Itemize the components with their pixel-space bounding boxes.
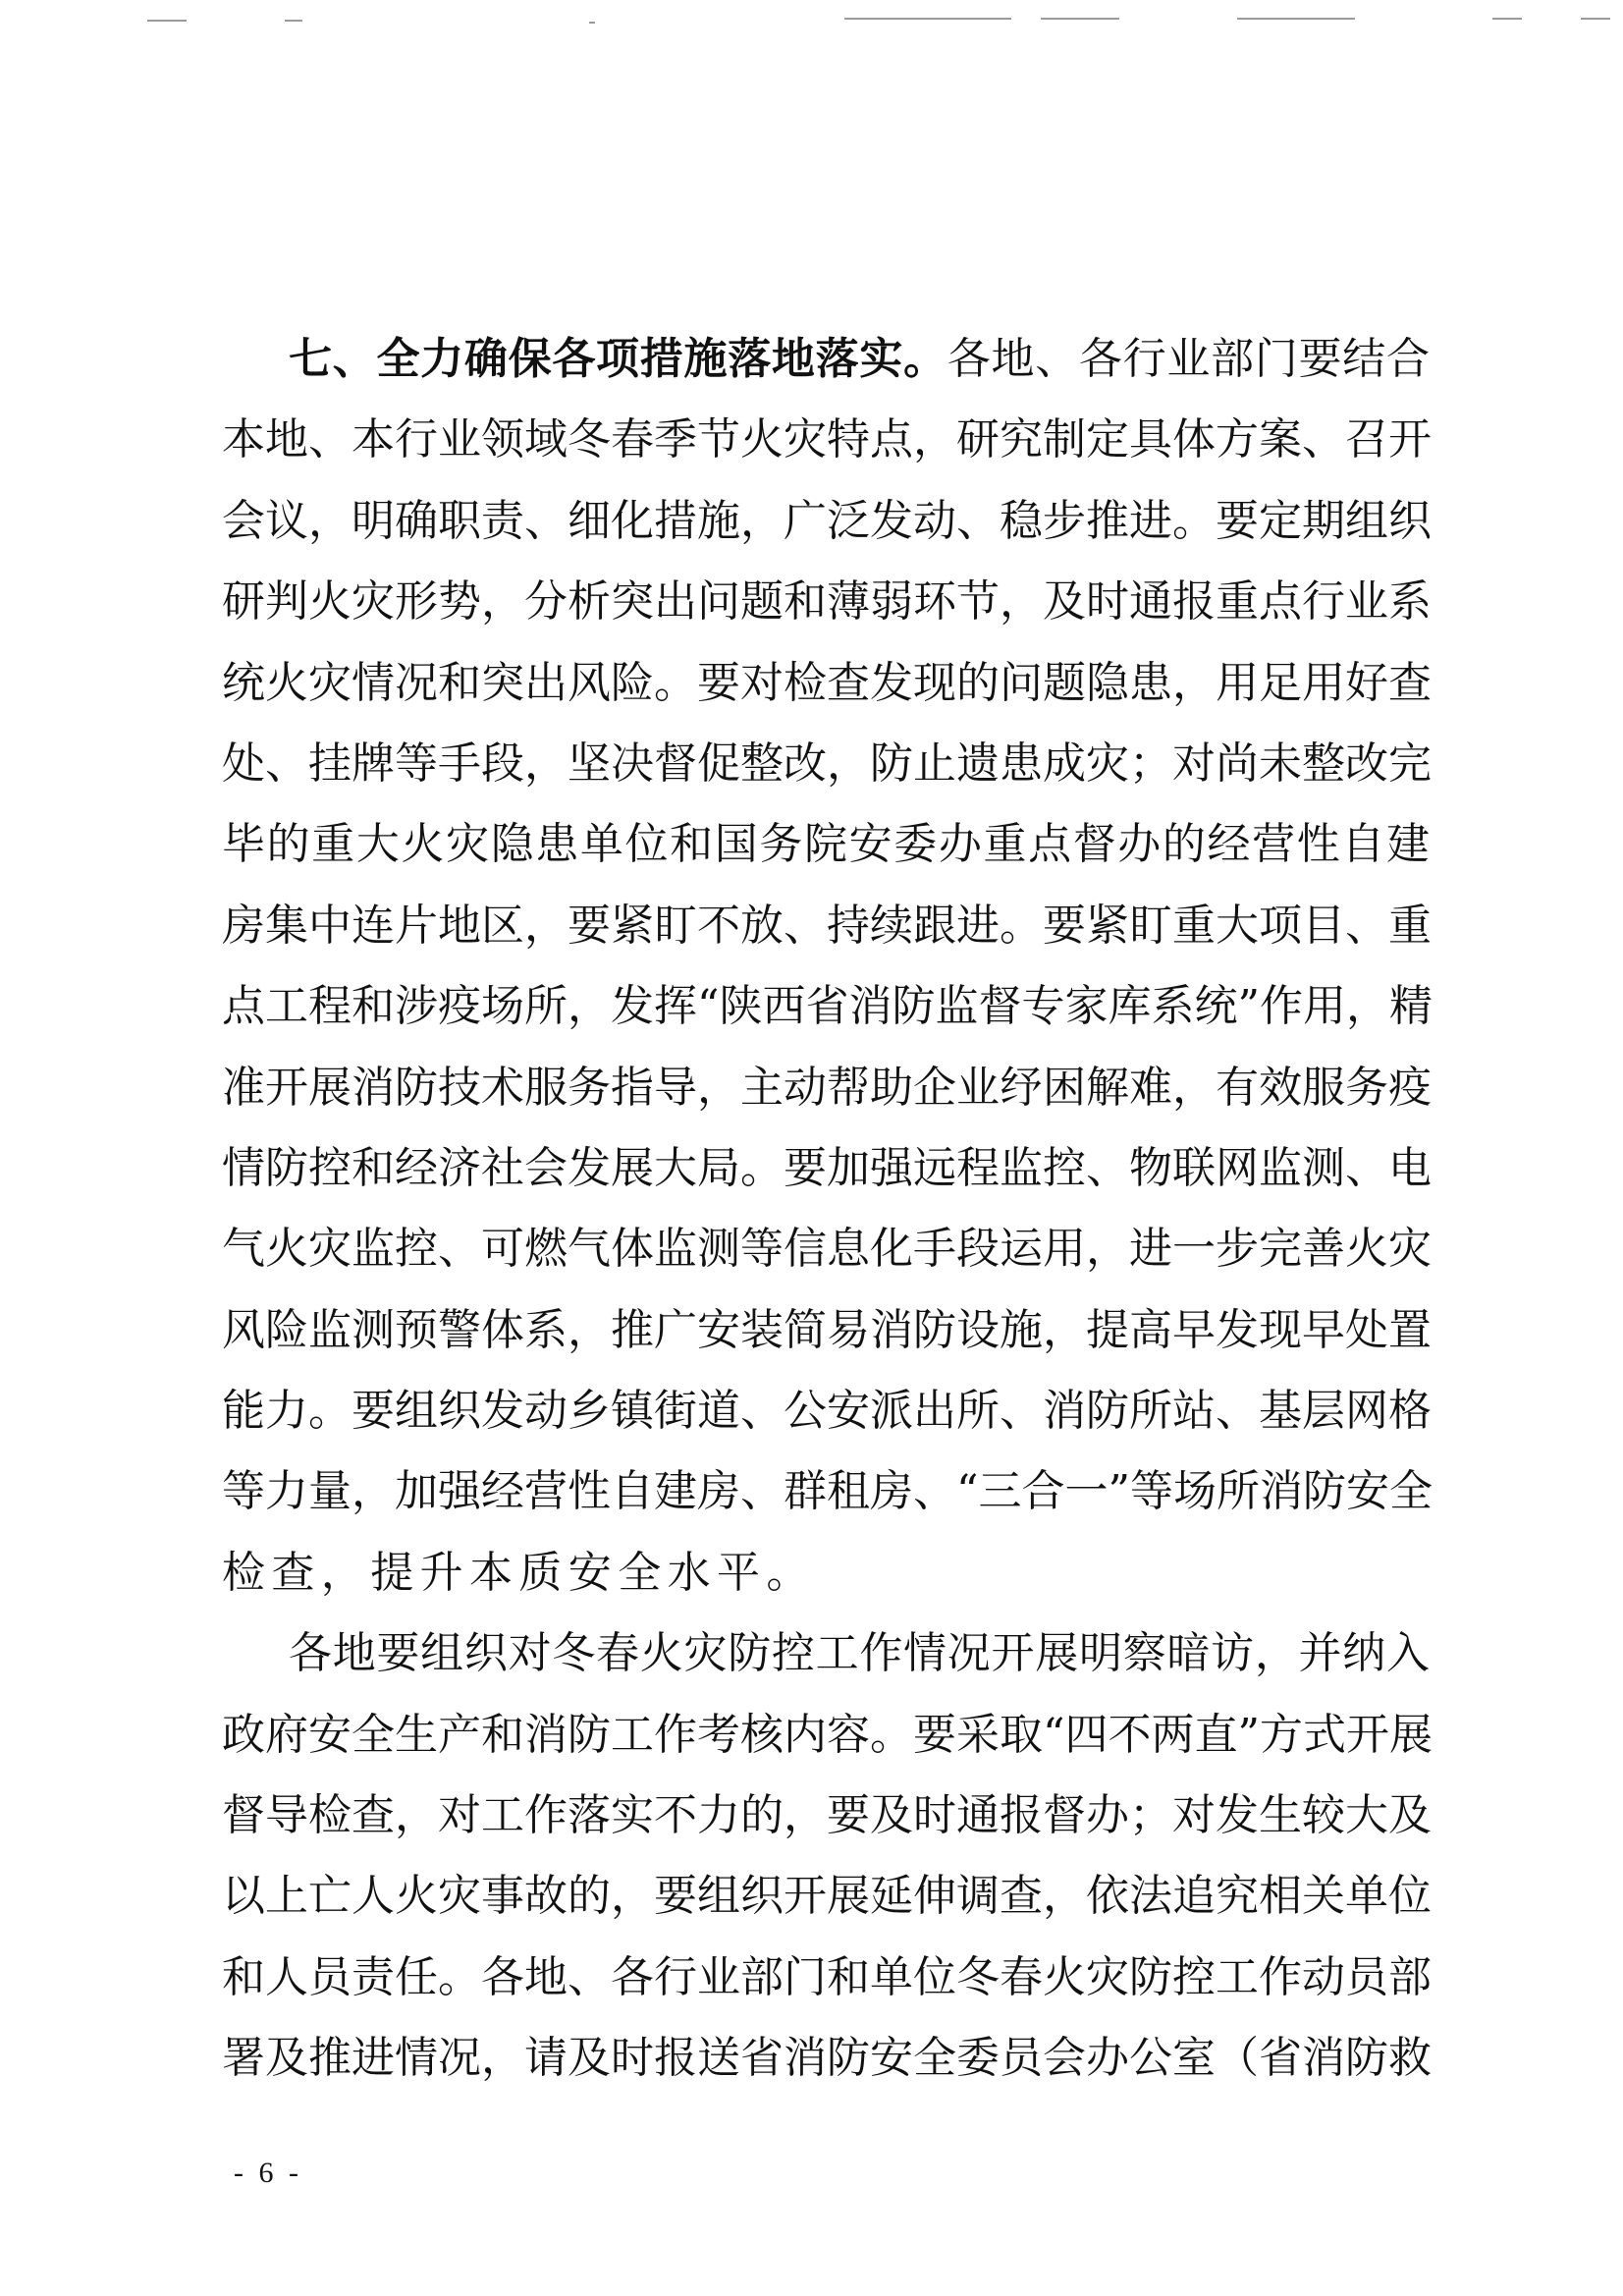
text-line: 和人员责任。各地、各行业部门和单位冬春火灾防控工作动员部 [222, 1938, 1430, 2018]
text-line: 处、挂牌等手段，坚决督促整改，防止遗患成灾；对尚未整改完 [222, 724, 1430, 804]
text-line: 统火灾情况和突出风险。要对检查发现的问题隐患，用足用好查 [222, 643, 1430, 724]
text-line: 准开展消防技术服务指导，主动帮助企业纾困解难，有效服务疫 [222, 1048, 1430, 1128]
section-heading: 七、全力确保各项措施落地落实。 [289, 334, 947, 384]
text-line: 署及推进情况，请及时报送省消防安全委员会办公室（省消防救 [222, 2018, 1430, 2099]
text-line: 风险监测预警体系，推广安装简易消防设施，提高早发现早处置 [222, 1290, 1430, 1371]
document-page: 七、全力确保各项措施落地落实。各地、各行业部门要结合 本地、本行业领域冬春季节火… [0, 0, 1623, 2296]
text-line: 等力量，加强经营性自建房、群租房、“三合一”等场所消防安全 [222, 1451, 1430, 1532]
text-line: 能力。要组织发动乡镇街道、公安派出所、消防所站、基层网格 [222, 1371, 1430, 1451]
text-line: 点工程和涉疫场所，发挥“陕西省消防监督专家库系统”作用，精 [222, 966, 1430, 1047]
text-line: 督导检查，对工作落实不力的，要及时通报督办；对发生较大及 [222, 1776, 1430, 1856]
text-line: 以上亡人火灾事故的，要组织开展延伸调查，依法追究相关单位 [222, 1856, 1430, 1937]
scan-noise-artifact [0, 20, 1623, 31]
text-line: 七、全力确保各项措施落地落实。各地、各行业部门要结合 [222, 319, 1430, 400]
paragraph-inspection: 各地要组织对冬春火灾防控工作情况开展明察暗访，并纳入 政府安全生产和消防工作考核… [222, 1613, 1430, 2099]
text-run: 各地、各行业部门要结合 [947, 334, 1430, 384]
text-line: 会议，明确职责、细化措施，广泛发动、稳步推进。要定期组织 [222, 481, 1430, 562]
text-line: 检查，提升本质安全水平。 [222, 1533, 1430, 1613]
text-line: 毕的重大火灾隐患单位和国务院安委办重点督办的经营性自建 [222, 804, 1430, 885]
text-line: 各地要组织对冬春火灾防控工作情况开展明察暗访，并纳入 [222, 1613, 1430, 1694]
text-line: 气火灾监控、可燃气体监测等信息化手段运用，进一步完善火灾 [222, 1209, 1430, 1289]
text-line: 研判火灾形势，分析突出问题和薄弱环节，及时通报重点行业系 [222, 562, 1430, 642]
text-line: 本地、本行业领域冬春季节火灾特点，研究制定具体方案、召开 [222, 400, 1430, 480]
paragraph-section-7: 七、全力确保各项措施落地落实。各地、各行业部门要结合 本地、本行业领域冬春季节火… [222, 319, 1430, 1613]
text-line: 政府安全生产和消防工作考核内容。要采取“四不两直”方式开展 [222, 1695, 1430, 1776]
text-line: 房集中连片地区，要紧盯不放、持续跟进。要紧盯重大项目、重 [222, 886, 1430, 966]
text-line: 情防控和经济社会发展大局。要加强远程监控、物联网监测、电 [222, 1128, 1430, 1209]
document-body: 七、全力确保各项措施落地落实。各地、各行业部门要结合 本地、本行业领域冬春季节火… [222, 319, 1430, 2100]
page-number: - 6 - [234, 2157, 302, 2190]
